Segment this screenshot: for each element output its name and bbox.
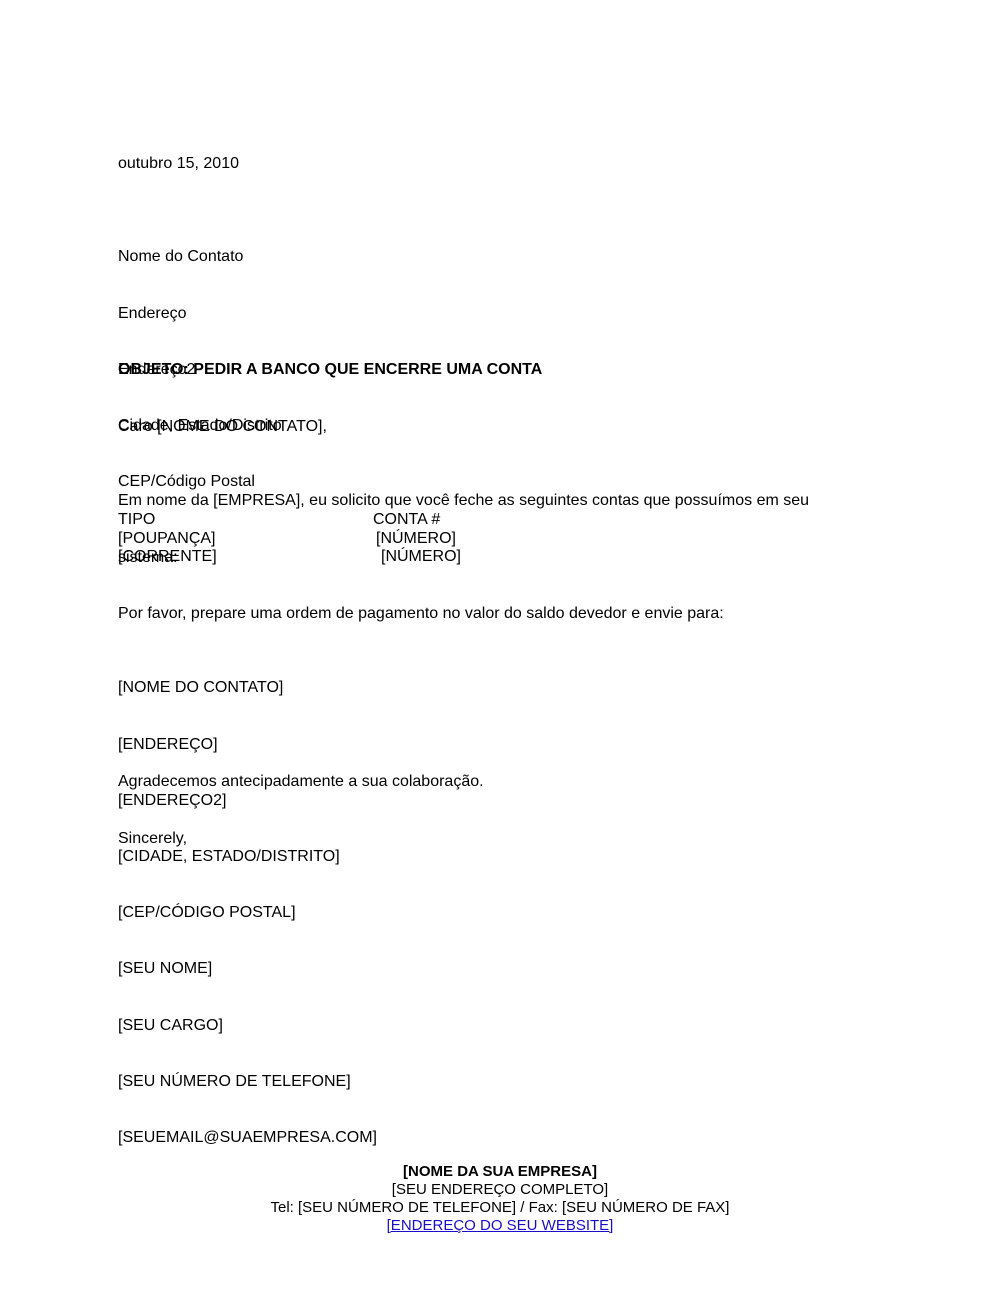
recipient-line: Endereço <box>118 305 282 324</box>
footer-website-link[interactable]: [ENDEREÇO DO SEU WEBSITE] <box>387 1217 614 1234</box>
thanks-line: Agradecemos antecipadamente a sua colabo… <box>118 773 484 792</box>
signature-line: [SEU NOME] <box>118 960 377 979</box>
recipient-line: Nome do Contato <box>118 248 282 267</box>
table-cell: [NÚMERO] <box>381 548 461 566</box>
footer-address: [SEU ENDEREÇO COMPLETO] <box>0 1181 1000 1199</box>
table-cell: [POUPANÇA] <box>118 530 216 549</box>
letterhead-footer: [NOME DA SUA EMPRESA] [SEU ENDEREÇO COMP… <box>0 1163 1000 1235</box>
subject-line: OBJETO: PEDIR A BANCO QUE ENCERRE UMA CO… <box>118 361 542 380</box>
footer-company: [NOME DA SUA EMPRESA] <box>0 1163 1000 1181</box>
signature-line: [SEUEMAIL@SUAEMPRESA.COM] <box>118 1129 377 1148</box>
signature-block: [SEU NOME] [SEU CARGO] [SEU NÚMERO DE TE… <box>118 923 377 1185</box>
table-header-account: CONTA # <box>373 511 440 529</box>
body-text: Em nome da [EMPRESA], eu solicito que vo… <box>118 492 809 511</box>
table-cell: [NÚMERO] <box>376 530 456 548</box>
body-paragraph-1: Em nome da [EMPRESA], eu solicito que vo… <box>118 455 809 605</box>
body-paragraph-2: Por favor, prepare uma ordem de pagament… <box>118 605 724 624</box>
payee-line: [ENDEREÇO] <box>118 736 340 755</box>
body-text: sistema: <box>118 549 809 568</box>
payee-address: [NOME DO CONTATO] [ENDEREÇO] [ENDEREÇO2]… <box>118 642 340 960</box>
footer-contact: Tel: [SEU NÚMERO DE TELEFONE] / Fax: [SE… <box>0 1199 1000 1217</box>
salutation: Caro [NOME DO CONTATO], <box>118 418 327 437</box>
table-header-type: TIPO <box>118 511 155 530</box>
payee-line: [CIDADE, ESTADO/DISTRITO] <box>118 848 340 867</box>
table-cell: [CORRENTE] <box>118 548 217 567</box>
payee-line: [ENDEREÇO2] <box>118 792 340 811</box>
payee-line: [CEP/CÓDIGO POSTAL] <box>118 904 340 923</box>
payee-line: [NOME DO CONTATO] <box>118 679 340 698</box>
signature-line: [SEU NÚMERO DE TELEFONE] <box>118 1073 377 1092</box>
letter-date: outubro 15, 2010 <box>118 155 239 174</box>
signature-line: [SEU CARGO] <box>118 1017 377 1036</box>
closing: Sincerely, <box>118 830 187 849</box>
